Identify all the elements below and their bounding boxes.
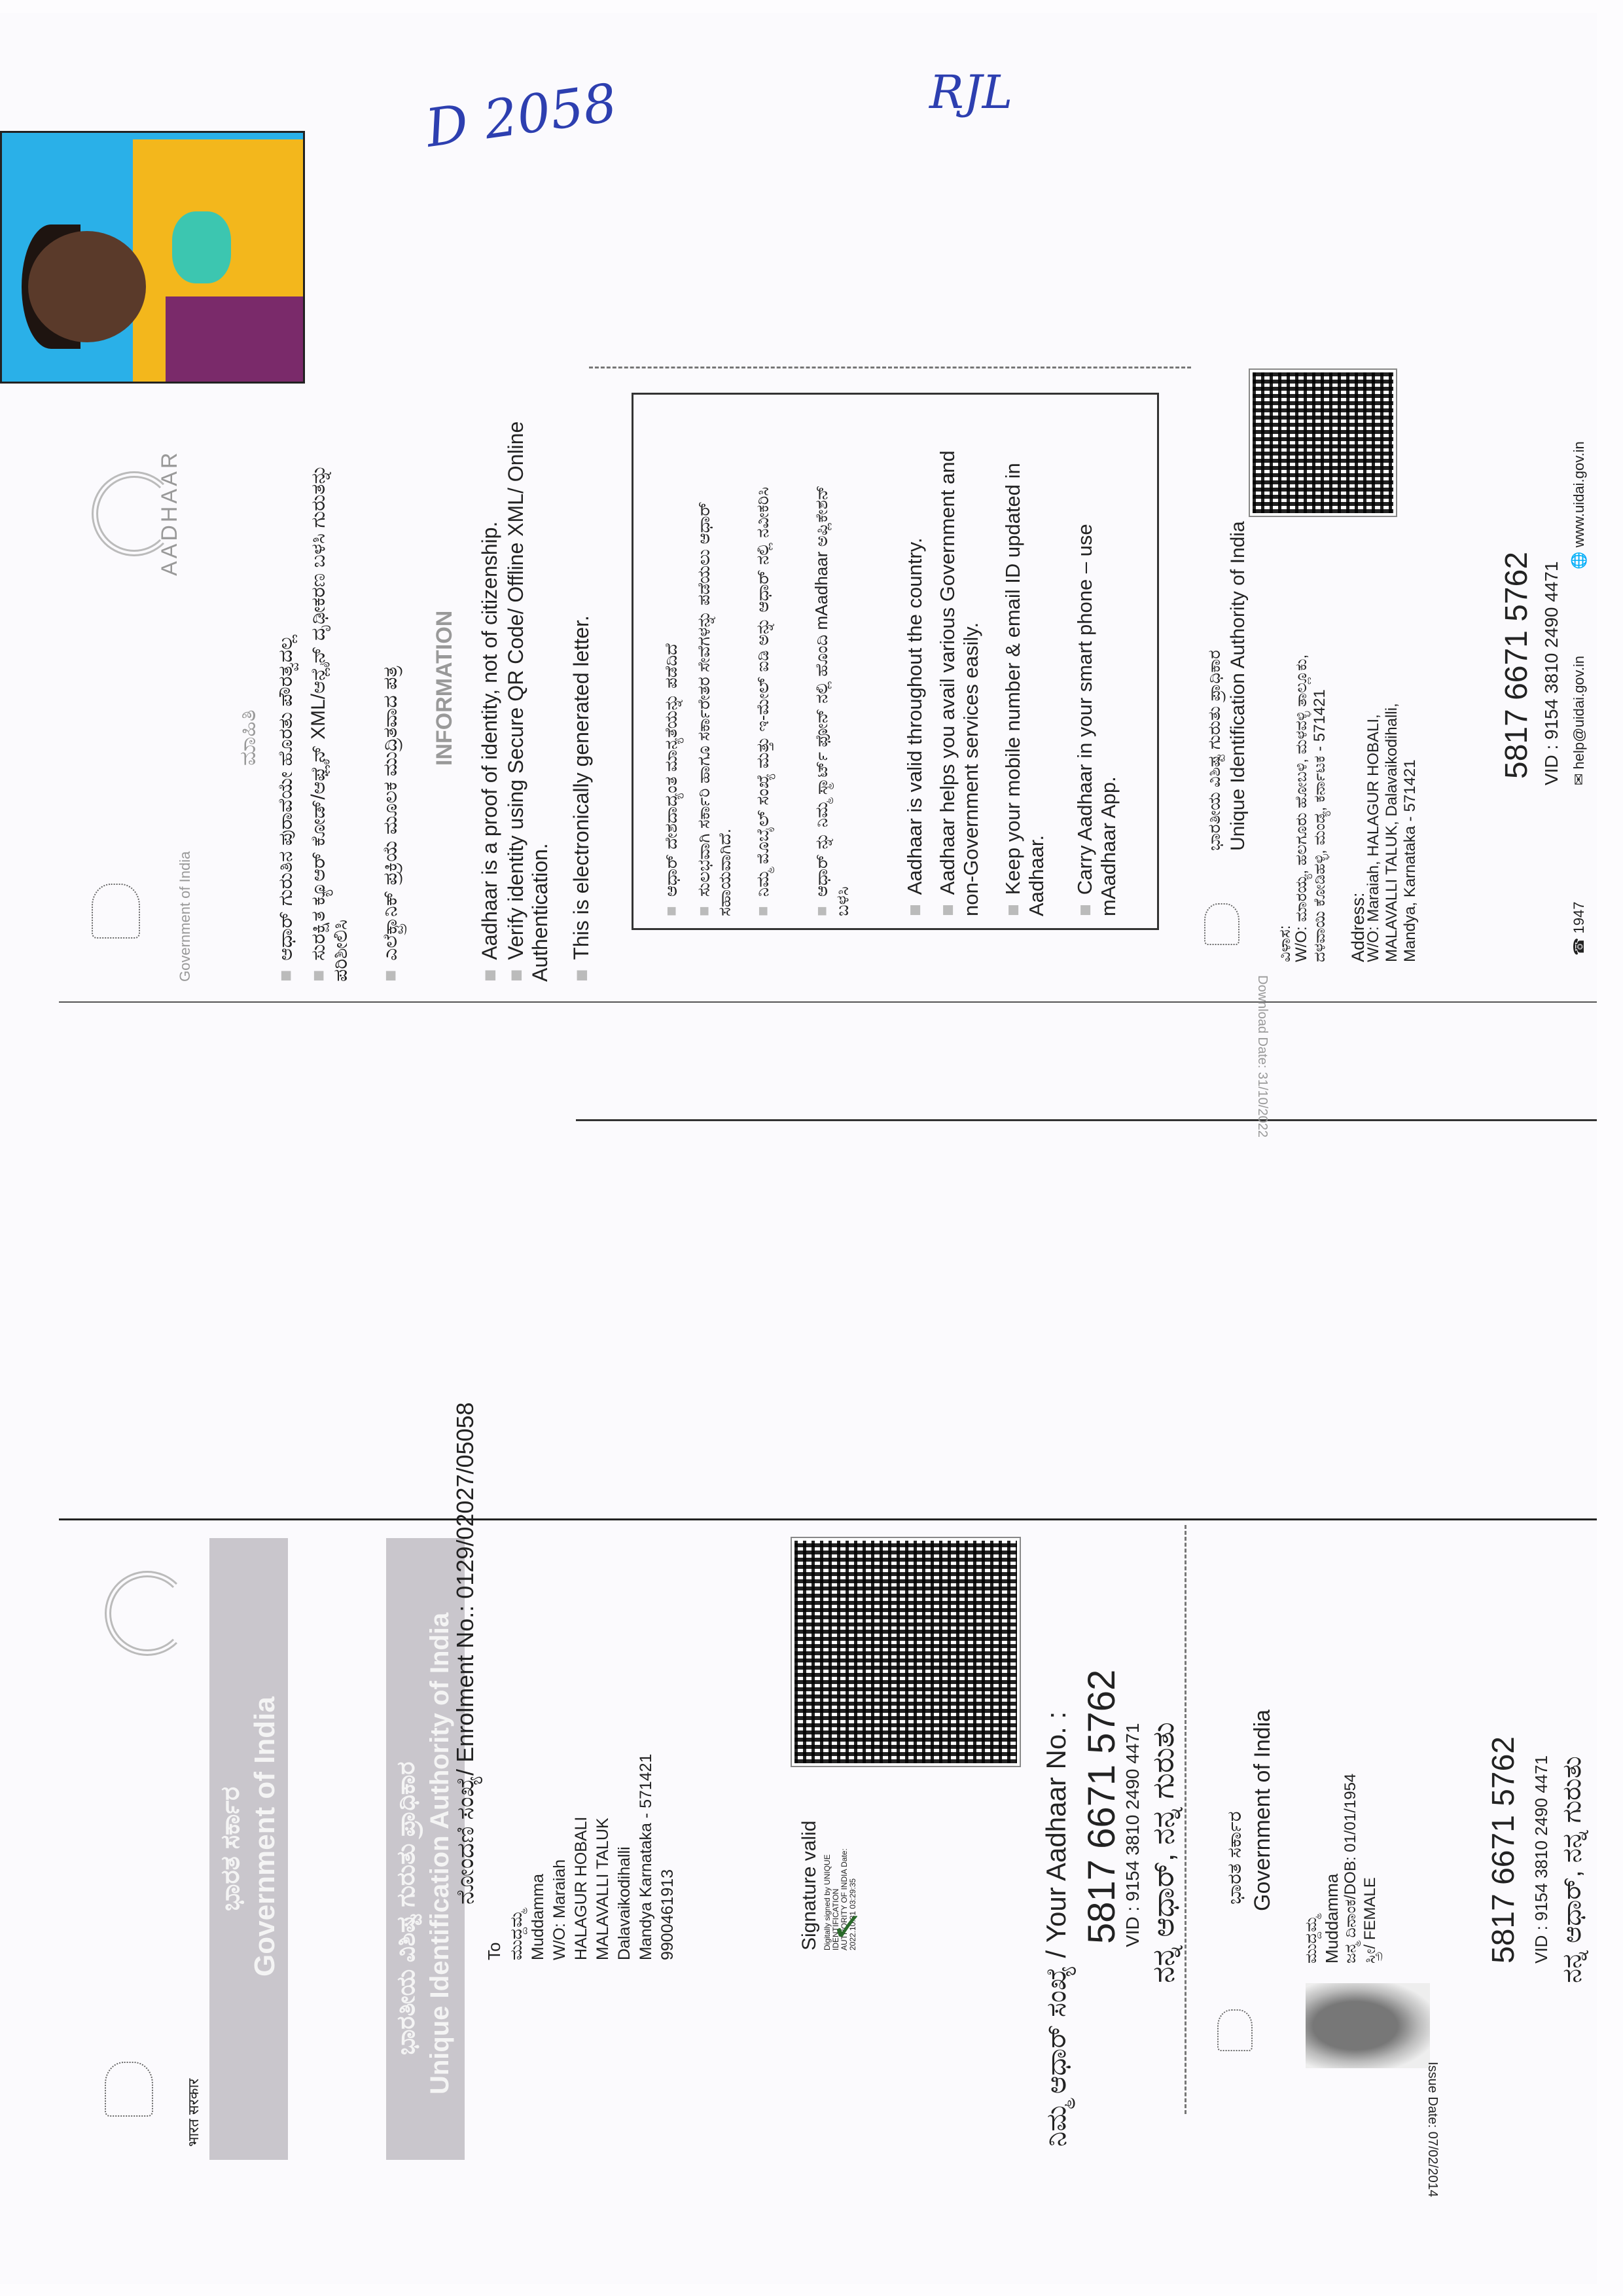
band-gov: Government of India — [249, 1696, 281, 1977]
back-qr-code — [1250, 370, 1396, 516]
cut-line — [589, 367, 1191, 368]
address-line: W/O: Maraiah — [550, 1859, 569, 1960]
address-line: Muddamma — [529, 1874, 548, 1960]
phone-icon: ☎ — [1571, 933, 1587, 956]
letter-aadhaar-logo-icon — [105, 1571, 190, 1656]
kannada-heading: ಮಾಹಿತಿ — [236, 709, 261, 766]
hindi-gov: भारत सरकार — [183, 2079, 203, 2147]
authority-name: Unique Identification Authority of India — [1227, 521, 1249, 851]
globe-icon: 🌐 — [1571, 547, 1587, 569]
authority-kannada: ಭಾರತೀಯ ವಿಶಿಷ್ಟ ಗುರುತು ಪ್ರಾಧಿಕಾರ — [1204, 650, 1225, 851]
band-uidai: Unique Identification Authority of India — [425, 1613, 455, 2094]
mail-icon: ✉ — [1571, 769, 1587, 785]
card-gender: ಸ್ತ್ರೀ/ FEMALE — [1361, 1877, 1380, 1964]
handwritten-reference: D 2058 — [422, 72, 620, 159]
card-cut-line — [1185, 1525, 1188, 2114]
card-aadhaar-number: 5817 6671 5762 — [1486, 1736, 1522, 1964]
kn-point-3: ಎಲೆಕ್ಟ್ರಾನಿಕ್ ಪ್ರಕ್ರಿಯೆ ಮೂಲಕ ಮುದ್ರಿತವಾದ … — [380, 666, 402, 982]
box-en-3: Keep your mobile number & email ID updat… — [1001, 445, 1048, 916]
card-tagline: ನನ್ನ ಆಧಾರ್, ನನ್ನ ಗುರುತು — [1558, 1756, 1587, 1983]
card-name: Muddamma — [1322, 1874, 1342, 1964]
check-icon: ✓ — [831, 1905, 864, 1950]
fold-line-bottom — [59, 1518, 1597, 1520]
letter-qr-code — [792, 1538, 1020, 1766]
band-uidai-kn: ಭಾರತೀಯ ವಿಶಿಷ್ಟ ಗುರುತು ಪ್ರಾಧಿಕಾರ — [393, 1762, 421, 2056]
info-point-2: Verify identity using Secure QR Code/ Of… — [504, 419, 552, 982]
information-heading: INFORMATION — [432, 611, 457, 766]
box-en-2: Aadhaar helps you avail various Governme… — [936, 445, 983, 916]
box-kn-1: ಆಧಾರ್ ದೇಶದಾದ್ಯಂತ ಮಾನ್ಯತೆಯನ್ನು ಪಡೆದಿದೆ — [661, 643, 682, 916]
kn-point-1: ಆಧಾರ್ ಗುರುತಿನ ಪುರಾವೆಯೇ ಹೊರತು ಪೌರತ್ವದಲ್ಲ — [275, 635, 297, 982]
your-aadhaar-label: ನಿಮ್ಮ ಆಧಾರ್ ಸಂಖ್ಯೆ / Your Aadhaar No. : — [1041, 1712, 1073, 2147]
back-vid: VID : 9154 3810 2490 4471 — [1541, 561, 1562, 785]
box-kn-2: ಸುಲಭವಾಗಿ ಸರ್ಕಾರಿ ಹಾಗೂ ಸರ್ಕಾರೇತರ ಸೇವೆಗಳನ್… — [694, 458, 736, 916]
card-dob: ಜನ್ಮ ದಿನಾಂಕ/DOB: 01/01/1954 — [1342, 1774, 1360, 1964]
card-emblem-icon — [1217, 2009, 1253, 2051]
card-gov: Government of India — [1250, 1710, 1275, 1911]
address-line: ಮುದ್ದಮ್ಮ — [507, 1910, 526, 1960]
band-gov-kn: ಭಾರತ ಸರ್ಕಾರ — [216, 1787, 245, 1911]
download-date: Download Date: 31/10/2022 — [1255, 975, 1270, 1138]
address-line: 9900461913 — [658, 1869, 677, 1960]
card-name-kn: ಮುದ್ದಮ್ಮ — [1302, 1915, 1321, 1964]
help-email: ✉ help@uidai.gov.in — [1571, 656, 1588, 785]
passport-photo — [0, 131, 305, 384]
handwritten-initials: RJL — [929, 65, 1012, 119]
box-kn-4: ಆಧಾರ್ ನ್ನು ನಿಮ್ಮ ಸ್ಮಾರ್ಟ್ ಫೋನ್ ನಲ್ಲಿ ಹೊಂ… — [811, 458, 853, 916]
info-point-3: This is electronically generated letter. — [569, 615, 594, 982]
scanned-page: D 2058 RJL Government of India AADHAAR ಮ… — [0, 13, 1597, 2284]
letter-vid: VID : 9154 3810 2490 4471 — [1122, 1723, 1143, 1947]
address-line: MALAVALLI TALUK — [594, 1818, 613, 1960]
letter-emblem-icon — [105, 2062, 153, 2117]
box-kn-3: ನಿಮ್ಮ ಮೊಬೈಲ್ ಸಂಖ್ಯೆ ಮತ್ತು ಇ-ಮೇಲ್ ಐಡಿ ಅನ್… — [753, 458, 774, 916]
helpline: ☎ 1947 — [1571, 902, 1588, 956]
aadhaar-logo-text: AADHAAR — [157, 450, 183, 576]
card-photo — [1306, 1983, 1430, 2068]
card-gov-kn: ಭಾರತ ಸರ್ಕಾರ — [1224, 1811, 1246, 1905]
website: 🌐 www.uidai.gov.in — [1571, 441, 1588, 569]
address-line: HALAGUR HOBALI — [572, 1816, 591, 1960]
back-emblem-icon — [1204, 903, 1240, 945]
letter-tagline: ನನ್ನ ಆಧಾರ್, ನನ್ನ ಗುರುತು — [1145, 1722, 1182, 1983]
back-aadhaar-number: 5817 6671 5762 — [1499, 552, 1535, 779]
signature-status: Signature valid — [798, 1821, 821, 1950]
address-line: Mandya Karnataka - 571421 — [637, 1754, 656, 1961]
address-kn: W/O: ಮಾರಯ್ಯ, ಹಲಗೂರು ಹೋಬಳಿ, ಮಳವಳ್ಳಿ ತಾಲ್ಲ… — [1293, 648, 1329, 962]
info-point-1: Aadhaar is a proof of identity, not of c… — [478, 522, 502, 982]
letter-aadhaar-number: 5817 6671 5762 — [1080, 1670, 1124, 1944]
address-label-kn: ವಿಳಾಸ: — [1276, 925, 1294, 962]
helpline-number: 1947 — [1571, 902, 1587, 934]
card-issue-date: Issue Date: 07/02/2014 — [1425, 2062, 1440, 2197]
card-vid: VID : 9154 3810 2490 4471 — [1531, 1755, 1552, 1964]
address-line: Dalavaikodihalli — [615, 1846, 634, 1960]
emblem-icon — [92, 884, 140, 939]
box-en-4: Carry Aadhaar in your smart phone – use … — [1073, 445, 1120, 916]
to-label: To — [484, 1943, 505, 1960]
address: W/O: Maraiah, HALAGUR HOBALI, MALAVALLI … — [1364, 648, 1419, 962]
help-email-text: help@uidai.gov.in — [1571, 656, 1587, 770]
info-gov-label: Government of India — [177, 852, 194, 982]
kn-point-2: ಸುರಕ್ಷಿತ ಕ್ಯೂಆರ್ ಕೋಡ್/ಆಫ್ಲೈನ್ XML/ಆನ್ಲೈನ… — [308, 445, 352, 982]
website-text: www.uidai.gov.in — [1571, 441, 1587, 547]
fold-line-top — [59, 1001, 1597, 1003]
box-en-1: Aadhaar is valid throughout the country. — [903, 538, 927, 916]
fold-line-mid — [576, 1119, 1597, 1121]
enrolment-number: ನೋಂದಣಿ ಸಂಖ್ಯೆ/ Enrolment No.: 0129/02027… — [452, 1402, 480, 1905]
